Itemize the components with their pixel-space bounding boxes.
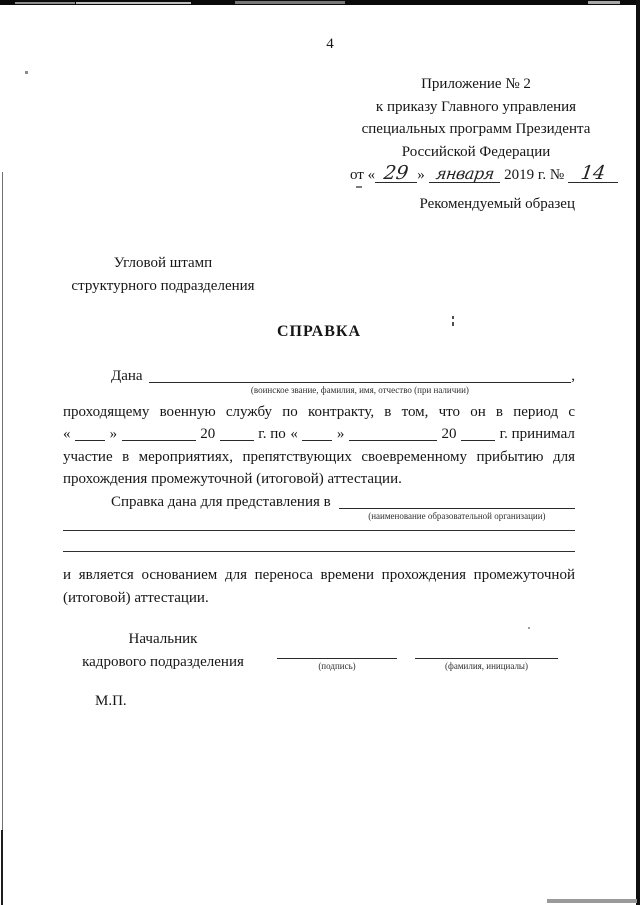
organization-blank-caption: (наименование образовательной организаци… (339, 511, 575, 522)
name-line: (фамилия, инициалы) (415, 628, 558, 659)
scan-right-edge (636, 0, 640, 905)
scan-bottom-edge (547, 899, 637, 903)
signature-caption: (подпись) (277, 661, 397, 672)
month-blank-field (122, 440, 196, 441)
signer-title: Начальник кадрового подразделения (63, 628, 263, 673)
scan-left-edge-dark (1, 830, 3, 905)
day-blank-field (75, 440, 105, 441)
participation-line: участие в мероприятиях, препятствующих с… (63, 446, 575, 469)
ruled-blank-line (63, 551, 575, 552)
date-close-quote: » (417, 167, 425, 183)
open-quote: « (63, 423, 71, 446)
recommended-sample-label: Рекомендуемый образец (350, 196, 575, 213)
passing-line: прохождения промежуточной (итоговой) атт… (63, 468, 575, 491)
issued-to-label: Дана (111, 365, 143, 388)
header-line: специальных программ Президента (350, 118, 602, 141)
scan-top-edge (0, 0, 640, 5)
signature-line: (подпись) (277, 628, 397, 659)
date-day-blank: 29 (375, 167, 417, 183)
name-caption: (фамилия, инициалы) (415, 661, 558, 672)
order-number-blank: 14 (568, 167, 618, 183)
year-prefix: 20 (200, 423, 215, 446)
date-month-blank: января (429, 168, 501, 183)
document-body: Дана (воинское звание, фамилия, имя, отч… (63, 365, 575, 609)
scan-edge-segment (235, 1, 345, 4)
handwritten-order-number: 14 (580, 167, 606, 179)
header-line: к приказу Главного управления (350, 96, 602, 119)
corner-stamp-line: структурного подразделения (63, 275, 263, 298)
handwritten-day: 29 (383, 167, 409, 179)
scan-edge-segment (15, 2, 75, 4)
year-prefix: 20 (442, 423, 457, 446)
issued-to-row: Дана (воинское звание, фамилия, имя, отч… (63, 365, 575, 388)
page-number: 4 (0, 36, 640, 53)
close-quote: » (337, 423, 345, 446)
header-line: Российской Федерации (350, 141, 602, 164)
basis-line: и является основанием для переноса време… (63, 564, 575, 587)
name-blank-caption: (воинское звание, фамилия, имя, отчество… (149, 385, 572, 396)
appendix-header: Приложение № 2 к приказу Главного управл… (350, 73, 602, 187)
order-date-line: от «29» января 2019 г. № 14 (350, 164, 602, 187)
ruled-blank-line (63, 530, 575, 531)
open-quote: « (290, 423, 298, 446)
signature-block: Начальник кадрового подразделения (подпи… (63, 628, 575, 673)
header-line: Приложение № 2 (350, 73, 602, 96)
period-to-label: г. по (258, 423, 286, 446)
basis-line: (итоговой) аттестации. (63, 587, 575, 610)
trailing-comma: , (571, 365, 575, 388)
scan-edge-segment (76, 2, 191, 4)
period-dates-row: «» 20 г. по «» 20 г. принимал (63, 423, 575, 446)
period-tail-label: г. принимал (500, 423, 575, 446)
scanned-document-page: 4 Приложение № 2 к приказу Главного упра… (0, 0, 640, 905)
scan-edge-segment (588, 1, 620, 4)
year-blank-field (220, 440, 254, 441)
document-title: СПРАВКА (63, 323, 575, 341)
close-quote: » (110, 423, 118, 446)
corner-stamp-note: Угловой штамп структурного подразделения (63, 252, 263, 297)
signer-title-line: кадрового подразделения (63, 651, 263, 674)
month-blank-field (349, 440, 437, 441)
service-line: проходящему военную службу по контракту,… (63, 401, 575, 424)
date-prefix: от « (350, 167, 375, 183)
corner-stamp-line: Угловой штамп (63, 252, 263, 275)
year-blank-field (461, 440, 495, 441)
signature-row: Начальник кадрового подразделения (подпи… (63, 628, 575, 673)
name-blank-field: (воинское звание, фамилия, имя, отчество… (149, 382, 572, 383)
seal-placeholder: М.П. (95, 693, 127, 710)
scan-left-edge (2, 172, 3, 905)
ink-speck (452, 316, 454, 319)
ink-speck (25, 71, 28, 74)
presented-to-row: Справка дана для представления в (наимен… (63, 491, 575, 514)
presented-to-label: Справка дана для представления в (111, 491, 331, 514)
date-year-part: 2019 г. № (504, 167, 564, 183)
handwritten-month: января (435, 168, 495, 180)
organization-blank-field: (наименование образовательной организаци… (339, 508, 575, 509)
day-blank-field (302, 440, 332, 441)
signer-title-line: Начальник (63, 628, 263, 651)
